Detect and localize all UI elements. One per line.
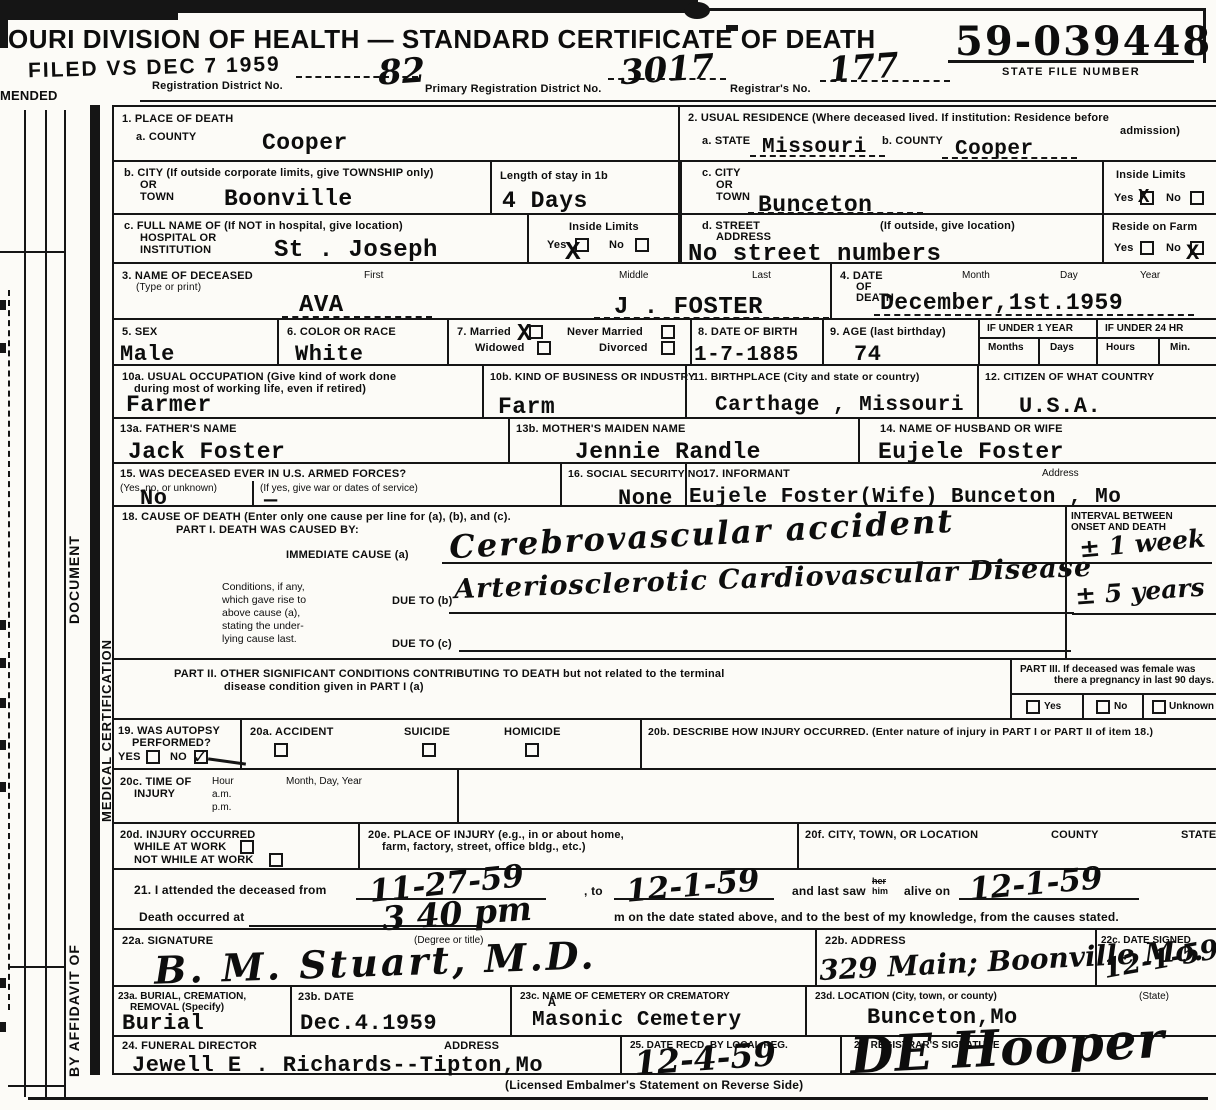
- cell-social-security: 16. SOCIAL SECURITY NO. None: [560, 462, 687, 507]
- citizen-label: 12. CITIZEN OF WHAT COUNTRY: [985, 371, 1154, 384]
- first-name-header: First: [364, 270, 383, 282]
- cell-date-of-death: 4. DATE OF DEATH Month Day Year December…: [830, 262, 1216, 320]
- time-of-injury-divider: [457, 770, 459, 822]
- homicide-checkbox: [525, 743, 539, 757]
- middle-name-header: Middle: [619, 270, 648, 282]
- cell-burial: 23a. BURIAL, CREMATION, REMOVAL (Specify…: [112, 985, 292, 1037]
- part3-div-2: [1142, 693, 1144, 718]
- husband-or-wife-label: 14. NAME OF HUSBAND OR WIFE: [880, 423, 1063, 436]
- burial-date-value: Dec.4.1959: [300, 1011, 437, 1036]
- widowed-label: Widowed: [475, 342, 525, 355]
- last-saw-her-label: her: [872, 876, 886, 886]
- cell-usual-residence: 2. USUAL RESIDENCE (Where deceased lived…: [678, 105, 1216, 162]
- while-at-work-label: WHILE AT WORK: [134, 841, 226, 854]
- scan-top-bar-left: [0, 0, 178, 20]
- cell-length-of-stay: Length of stay in 1b 4 Days: [490, 160, 682, 215]
- cell-injury-at-work: 20d. INJURY OCCURRED WHILE AT WORK NOT W…: [112, 822, 360, 870]
- divorced-checkbox: [661, 341, 675, 355]
- cell-funeral-director: 24. FUNERAL DIRECTOR ADDRESS Jewell E . …: [112, 1035, 622, 1075]
- immediate-cause-label: IMMEDIATE CAUSE (a): [286, 549, 409, 562]
- cell-accident-suicide-homicide: 20a. ACCIDENT SUICIDE HOMICIDE: [240, 718, 642, 770]
- last-saw-line: [959, 898, 1139, 900]
- months-header: Months: [988, 342, 1024, 354]
- cell-citizen-of: 12. CITIZEN OF WHAT COUNTRY U.S.A.: [977, 364, 1216, 419]
- scan-bottom-rule: [28, 1097, 1208, 1100]
- injury-county-label: COUNTY: [1051, 829, 1099, 842]
- attended-pre-label: 21. I attended the deceased from: [134, 883, 326, 897]
- residence-county-label: b. COUNTY: [882, 135, 943, 148]
- pregnancy-unknown-checkbox: [1152, 700, 1166, 714]
- physician-address-label: 22b. ADDRESS: [825, 935, 906, 948]
- pregnancy-yes-label: Yes: [1044, 701, 1061, 713]
- registration-district-label: Registration District No.: [152, 80, 283, 93]
- edge-dash-6: [0, 740, 6, 750]
- part2-label-1: PART II. OTHER SIGNIFICANT CONDITIONS CO…: [174, 668, 724, 681]
- residence-inside-yes-label: Yes: [1114, 192, 1134, 205]
- armed-forces-label: 15. WAS DECEASED EVER IN U.S. ARMED FORC…: [120, 468, 406, 481]
- death-certificate-scan: DOCUMENT MEDICAL CERTIFICATION BY AFFIDA…: [0, 0, 1216, 1110]
- armed-forces-note1: (Yes, no, or unknown): [120, 483, 217, 495]
- margin-label-document: DOCUMENT: [66, 466, 82, 624]
- reside-on-farm-label: Reside on Farm: [1112, 221, 1197, 234]
- part1-label: PART I. DEATH WAS CAUSED BY:: [176, 524, 359, 537]
- conditions-note-4: stating the under-: [222, 620, 304, 632]
- cell-describe-injury: 20b. DESCRIBE HOW INJURY OCCURRED. (Ente…: [640, 718, 1216, 770]
- city-town: TOWN: [140, 191, 174, 204]
- cell-date-of-birth: 8. DATE OF BIRTH 1-7-1885: [690, 318, 824, 366]
- informant-label: 17. INFORMANT: [703, 468, 790, 481]
- cell-husband-or-wife: 14. NAME OF HUSBAND OR WIFE Eujele Foste…: [858, 417, 1216, 464]
- edge-dash-7: [0, 782, 6, 792]
- amended-label: MENDED: [0, 88, 58, 104]
- describe-injury-label: 20b. DESCRIBE HOW INJURY OCCURRED. (Ente…: [648, 726, 1153, 739]
- months-days-divider: [1038, 337, 1040, 364]
- am-label: a.m.: [212, 789, 231, 801]
- registration-district-value: 82: [377, 50, 427, 93]
- attended-to-value: 12-1-59: [625, 862, 761, 910]
- margin-tick-3: [8, 1085, 66, 1087]
- street-note: (If outside, give location): [880, 220, 1015, 233]
- injury-state-label: STATE: [1181, 829, 1216, 842]
- primary-district-value: 3017: [619, 47, 716, 94]
- length-of-stay-label: Length of stay in 1b: [500, 170, 608, 183]
- first-name-value: AVA: [299, 292, 344, 319]
- date-of-death-value: December,1st.1959: [880, 290, 1123, 316]
- cell-place-of-injury: 20e. PLACE OF INJURY (e.g., in or about …: [358, 822, 799, 870]
- place-of-injury-label-2: farm, factory, street, office bldg., etc…: [382, 841, 586, 854]
- last-name-header: Last: [752, 270, 771, 282]
- cell-mothers-maiden-name: 13b. MOTHER'S MAIDEN NAME Jennie Randle: [508, 417, 860, 464]
- pregnancy-yes-checkbox: [1026, 700, 1040, 714]
- day-header: Day: [1060, 270, 1078, 282]
- place-inside-yes-label: Yes: [547, 239, 567, 252]
- year-header: Year: [1140, 270, 1160, 282]
- under-24-hr-divider: [1098, 337, 1216, 339]
- burial-value: Burial: [122, 1011, 204, 1036]
- attended-to-line: [614, 898, 774, 900]
- never-married-checkbox: [661, 325, 675, 339]
- edge-dash-8: [0, 978, 6, 988]
- length-of-stay-value: 4 Days: [502, 188, 588, 214]
- date-of-death-line: [874, 314, 1194, 316]
- residence-state-label: a. STATE: [702, 135, 750, 148]
- cell-part2: PART II. OTHER SIGNIFICANT CONDITIONS CO…: [112, 658, 1012, 720]
- margin-label-by-affidavit-of: BY AFFIDAVIT OF: [66, 903, 82, 1077]
- part3-div-1: [1082, 693, 1084, 718]
- not-while-at-work-checkbox: [269, 853, 283, 867]
- margin-tick-1: [0, 251, 66, 253]
- month-day-year-label: Month, Day, Year: [286, 776, 362, 788]
- suicide-label: SUICIDE: [404, 726, 450, 739]
- injury-city-label: 20f. CITY, TOWN, OR LOCATION: [805, 829, 978, 842]
- edge-dash-4: [0, 658, 6, 668]
- due-to-b-line: [449, 612, 1074, 614]
- edge-dash-1: [0, 300, 6, 310]
- burial-state-label: (State): [1139, 991, 1169, 1003]
- armed-forces-divider: [252, 481, 254, 505]
- margin-rule-1: [24, 110, 26, 1097]
- cell-age: 9. AGE (last birthday) 74: [822, 318, 980, 366]
- part2-label-2: disease condition given in PART I (a): [224, 681, 424, 694]
- interval-b-value: ± 5 years: [1074, 573, 1205, 611]
- edge-dash-2: [0, 343, 6, 353]
- residence-city-town: TOWN: [716, 191, 750, 204]
- business-label: 10b. KIND OF BUSINESS OR INDUSTRY: [490, 371, 695, 384]
- cell-sex: 5. SEX Male: [112, 318, 279, 366]
- cell-if-under-24-hr: IF UNDER 24 HR Hours Min.: [1096, 318, 1216, 366]
- cell-if-under-1-year: IF UNDER 1 YEAR Months Days: [978, 318, 1098, 366]
- residence-inside-no-checkbox: [1190, 191, 1204, 205]
- cell-date-signed: 22c. DATE SIGNED 12-1-59: [1095, 928, 1216, 987]
- cell-cemetery: 23c. NAME OF CEMETERY OR CREMATORY A Mas…: [510, 985, 807, 1037]
- place-inside-no-label: No: [609, 239, 624, 252]
- conditions-note-5: lying cause last.: [222, 633, 297, 645]
- cell-birthplace: 11. BIRTHPLACE (City and state or countr…: [685, 364, 979, 419]
- edge-dash-3: [0, 620, 6, 630]
- place-of-death-title: 1. PLACE OF DEATH: [122, 113, 233, 126]
- residence-inside-yes-mark: X: [1138, 186, 1149, 208]
- birthplace-value: Carthage , Missouri: [715, 394, 964, 417]
- death-occurred-label: Death occurred at: [139, 910, 244, 924]
- days-header: Days: [1050, 342, 1074, 354]
- under-24-hr-label: IF UNDER 24 HR: [1105, 323, 1183, 335]
- cell-cause-of-death: 18. CAUSE OF DEATH (Enter only one cause…: [112, 505, 1067, 660]
- form-top-rule: [140, 100, 1216, 102]
- last-saw-pre-label: and last saw: [792, 884, 866, 898]
- not-while-at-work-label: NOT WHILE AT WORK: [134, 854, 254, 867]
- pregnancy-no-label: No: [1114, 701, 1127, 713]
- due-to-c-line: [459, 650, 1071, 652]
- informant-address-label: Address: [1042, 468, 1079, 480]
- autopsy-no-label: NO: [170, 751, 187, 764]
- primary-district-label: Primary Registration District No.: [425, 83, 602, 96]
- funeral-director-label: 24. FUNERAL DIRECTOR: [122, 1040, 257, 1053]
- registrar-no-label: Registrar's No.: [730, 83, 811, 96]
- cell-usual-occupation: 10a. USUAL OCCUPATION (Give kind of work…: [112, 364, 484, 419]
- form-title: OURI DIVISION OF HEALTH — STANDARD CERTI…: [8, 24, 876, 55]
- name-note: (Type or print): [136, 282, 201, 294]
- interval-a-line: [1072, 562, 1212, 564]
- birthplace-label: 11. BIRTHPLACE (City and state or countr…: [693, 371, 920, 384]
- filed-date-stamp: FILED VS DEC 7 1959: [28, 53, 281, 84]
- cell-marital-status: 7. Married X Never Married Widowed Divor…: [447, 318, 692, 366]
- scan-corner-mark: [0, 0, 8, 48]
- cause-of-death-label: 18. CAUSE OF DEATH (Enter only one cause…: [122, 511, 511, 524]
- cell-attended: 21. I attended the deceased from 11-27-5…: [112, 868, 1216, 930]
- margin-rule-2: [45, 110, 47, 1097]
- burial-location-label: 23d. LOCATION (City, town, or county): [815, 991, 997, 1003]
- place-inside-limits-label: Inside Limits: [569, 221, 639, 234]
- cemetery-value: Masonic Cemetery: [532, 1009, 742, 1032]
- cell-physician-address: 22b. ADDRESS 329 Main; Boonville Mo.: [815, 928, 1097, 987]
- funeral-director-address-label: ADDRESS: [444, 1040, 499, 1053]
- usual-residence-title: 2. USUAL RESIDENCE (Where deceased lived…: [688, 112, 1109, 125]
- county-value: Cooper: [262, 130, 348, 156]
- county-label: a. COUNTY: [136, 131, 196, 144]
- funeral-director-value: Jewell E . Richards--Tipton,Mo: [132, 1053, 543, 1078]
- cell-interval: INTERVAL BETWEEN ONSET AND DEATH ± 1 wee…: [1065, 505, 1216, 660]
- mothers-maiden-name-label: 13b. MOTHER'S MAIDEN NAME: [516, 423, 686, 436]
- under-1-year-label: IF UNDER 1 YEAR: [987, 323, 1073, 335]
- accident-label: 20a. ACCIDENT: [250, 726, 334, 739]
- burial-label-1: 23a. BURIAL, CREMATION,: [118, 991, 246, 1003]
- attended-to-label: , to: [584, 884, 603, 898]
- embalmer-note: (Licensed Embalmer's Statement on Revers…: [505, 1078, 803, 1092]
- cell-reside-on-farm: Reside on Farm Yes No X: [1102, 213, 1216, 264]
- autopsy-yes-checkbox: [146, 750, 160, 764]
- attended-tail-label: m on the date stated above, and to the b…: [614, 910, 1119, 924]
- interval-label-1: INTERVAL BETWEEN: [1071, 511, 1173, 523]
- citizen-value: U.S.A.: [1019, 394, 1101, 419]
- interval-b-line: [1072, 613, 1216, 615]
- file-number-box-top: [700, 8, 1206, 11]
- pregnancy-no-checkbox: [1096, 700, 1110, 714]
- age-label: 9. AGE (last birthday): [830, 326, 946, 339]
- hospital-label3: INSTITUTION: [140, 244, 211, 257]
- occupation-value: Farmer: [126, 392, 212, 418]
- cell-time-of-injury: 20c. TIME OF INJURY Hour a.m. p.m. Month…: [112, 768, 1216, 824]
- cell-place-inside-limits: Inside Limits Yes X No: [527, 213, 682, 264]
- alive-on-label: alive on: [904, 884, 950, 898]
- state-file-number-label: STATE FILE NUMBER: [1002, 66, 1140, 79]
- last-saw-value: 12-1-59: [968, 860, 1104, 908]
- cell-kind-of-business: 10b. KIND OF BUSINESS OR INDUSTRY Farm: [482, 364, 687, 419]
- suicide-checkbox: [422, 743, 436, 757]
- cell-date-received: 25. DATE RECD. BY LOCAL REG. 12-4-59: [620, 1035, 842, 1075]
- edge-dash-5: [0, 698, 6, 708]
- cell-residence-city: c. CITY OR TOWN Bunceton: [678, 160, 1104, 215]
- divorced-label: Divorced: [599, 342, 648, 355]
- min-header: Min.: [1170, 342, 1190, 354]
- margin-rule-dashed: [8, 290, 10, 1010]
- while-at-work-checkbox: [240, 840, 254, 854]
- cemetery-correction: A: [548, 995, 556, 1010]
- hospital-value: St . Joseph: [274, 237, 438, 264]
- margin-tick-2: [8, 966, 66, 968]
- pm-label: p.m.: [212, 802, 231, 814]
- farm-no-label: No: [1166, 242, 1181, 255]
- residence-inside-no-label: No: [1166, 192, 1181, 205]
- residence-inside-limits-label: Inside Limits: [1116, 169, 1186, 182]
- cell-hospital-name: c. FULL NAME OF (If NOT in hospital, giv…: [112, 213, 529, 264]
- color-or-race-label: 6. COLOR OR RACE: [287, 326, 396, 339]
- city-value: Boonville: [224, 186, 353, 212]
- city-label: b. CITY (If outside corporate limits, gi…: [124, 167, 434, 180]
- immediate-cause-value: Cerebrovascular accident: [448, 502, 955, 566]
- cell-city-or-town: b. CITY (If outside corporate limits, gi…: [112, 160, 492, 215]
- married-label: 7. Married: [457, 326, 511, 339]
- cell-color-or-race: 6. COLOR OR RACE White: [277, 318, 449, 366]
- burial-date-label: 23b. DATE: [298, 991, 354, 1004]
- farm-yes-label: Yes: [1114, 242, 1134, 255]
- cell-autopsy: 19. WAS AUTOPSY PERFORMED? YES NO ✓: [112, 718, 242, 770]
- month-header: Month: [962, 270, 990, 282]
- cell-street-address: d. STREET ADDRESS (If outside, give loca…: [678, 213, 1104, 264]
- conditions-note-3: above cause (a),: [222, 607, 300, 619]
- fathers-name-label: 13a. FATHER'S NAME: [120, 423, 237, 436]
- time-of-injury-label-2: INJURY: [134, 788, 175, 801]
- conditions-note-1: Conditions, if any,: [222, 581, 305, 593]
- hour-label: Hour: [212, 776, 234, 788]
- pregnancy-unknown-label: Unknown: [1169, 701, 1214, 713]
- autopsy-yes-label: YES: [118, 751, 141, 764]
- form-left-heavy-border: [90, 105, 100, 1075]
- cell-place-of-death: 1. PLACE OF DEATH a. COUNTY Cooper: [112, 105, 680, 162]
- state-file-number: 59-039448: [955, 18, 1212, 65]
- hours-min-divider: [1158, 337, 1160, 364]
- physician-signature-value: B. M. Stuart, M.D.: [153, 932, 597, 992]
- cell-burial-date: 23b. DATE Dec.4.1959: [290, 985, 512, 1037]
- sex-label: 5. SEX: [122, 326, 157, 339]
- conditions-note-2: which gave rise to: [222, 594, 306, 606]
- usual-residence-title2: admission): [1120, 125, 1180, 138]
- last-saw-him-label: him: [872, 886, 888, 896]
- never-married-label: Never Married: [567, 326, 643, 339]
- widowed-checkbox: [537, 341, 551, 355]
- cell-armed-forces: 15. WAS DECEASED EVER IN U.S. ARMED FORC…: [112, 462, 562, 507]
- part3-divider: [1012, 693, 1216, 695]
- accident-checkbox: [274, 743, 288, 757]
- due-to-c-label: DUE TO (c): [392, 638, 452, 651]
- cell-injury-location: 20f. CITY, TOWN, OR LOCATION COUNTY STAT…: [797, 822, 1216, 870]
- residence-county-line: [942, 157, 1077, 159]
- armed-forces-note2: (If yes, give war or dates of service): [260, 483, 418, 495]
- edge-dash-9: [0, 1022, 6, 1032]
- part3-label-1: PART III. If deceased was female was: [1020, 664, 1195, 676]
- place-inside-no-checkbox: [635, 238, 649, 252]
- date-of-birth-label: 8. DATE OF BIRTH: [698, 326, 798, 339]
- cell-residence-inside-limits: Inside Limits Yes X No: [1102, 160, 1216, 215]
- farm-yes-checkbox: [1140, 241, 1154, 255]
- cell-part3: PART III. If deceased was female was the…: [1010, 658, 1216, 720]
- residence-state-line: [750, 155, 885, 157]
- due-to-b-label: DUE TO (b): [392, 595, 452, 608]
- cell-name-of-deceased: 3. NAME OF DECEASED (Type or print) Firs…: [112, 262, 832, 320]
- cell-fathers-name: 13a. FATHER'S NAME Jack Foster: [112, 417, 510, 464]
- cell-physician-signature: 22a. SIGNATURE (Degree or title) B. M. S…: [112, 928, 817, 987]
- autopsy-no-mark: ✓: [194, 744, 206, 770]
- registrar-no-value: 177: [827, 46, 901, 91]
- hours-header: Hours: [1106, 342, 1135, 354]
- homicide-label: HOMICIDE: [504, 726, 561, 739]
- part3-label-2: there a pregnancy in last 90 days.: [1054, 675, 1214, 687]
- cell-informant: 17. INFORMANT Address Eujele Foster(Wife…: [685, 462, 1216, 507]
